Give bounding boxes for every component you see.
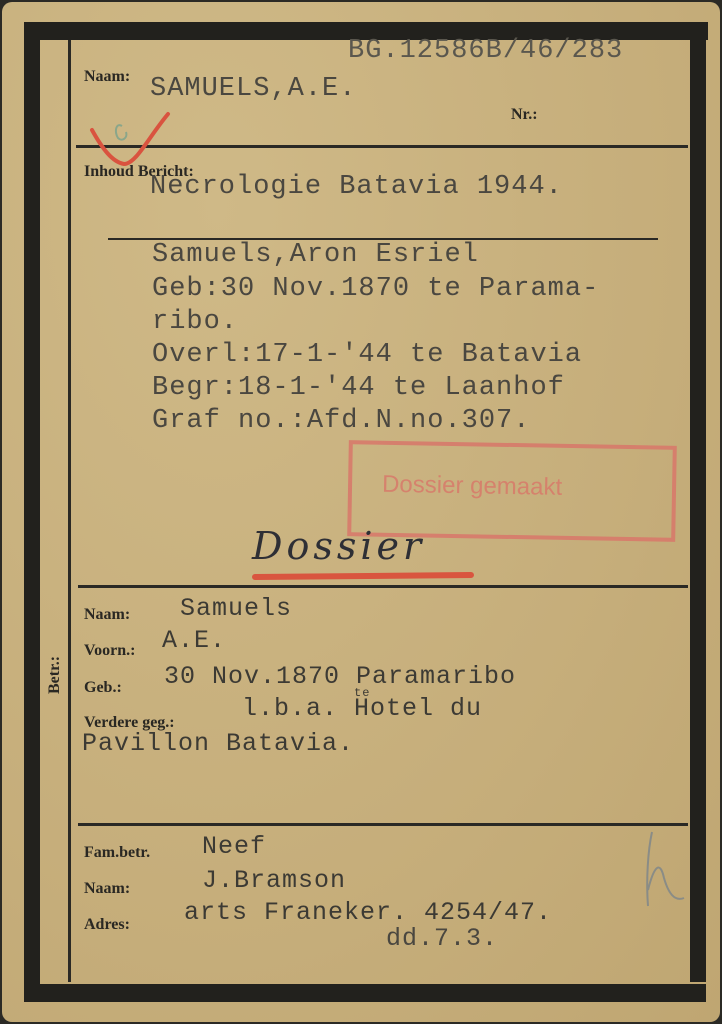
fam-value: Neef — [202, 832, 266, 861]
geb-label: Geb.: — [84, 679, 122, 697]
stamp-text: Dossier gemaakt — [382, 471, 563, 502]
content-line-3: ribo. — [152, 307, 238, 337]
verdere-line-2: Pavillon Batavia. — [82, 729, 354, 758]
adres-label: Adres: — [84, 916, 130, 934]
frame-left — [24, 22, 40, 1002]
rule-betreft — [78, 585, 688, 588]
voorn-label: Voorn.: — [84, 642, 135, 660]
content-line-6: Graf no.:Afd.N.no.307. — [152, 406, 530, 436]
reference-number: BG.12586B/46/283 — [348, 36, 623, 66]
name-label: Naam: — [84, 68, 130, 86]
voorn-value: A.E. — [162, 626, 226, 655]
betreft-name-value: Samuels — [180, 594, 292, 623]
family-name-value: J.Bramson — [202, 866, 346, 895]
content-line-1: Samuels,Aron Esriel — [152, 240, 479, 270]
fam-label: Fam.betr. — [84, 844, 150, 862]
betreft-name-label: Naam: — [84, 606, 130, 624]
archive-index-card: BG.12586B/46/283 Naam: SAMUELS,A.E. Nr.:… — [2, 2, 720, 1022]
geb-value: 30 Nov.1870 Paramaribo — [164, 662, 516, 691]
adres-line-2: dd.7.3. — [386, 924, 498, 953]
frame-bottom — [24, 984, 706, 1002]
name-value: SAMUELS,A.E. — [150, 74, 356, 104]
nr-label: Nr.: — [511, 106, 538, 124]
verdere-line-1: l.b.a. Hotel du — [242, 694, 482, 723]
frame-right — [690, 40, 706, 982]
rule-family — [78, 823, 688, 826]
content-title: Necrologie Batavia 1944. — [150, 172, 563, 202]
family-name-label: Naam: — [84, 880, 130, 898]
handwritten-dossier: Dossier — [252, 524, 425, 568]
red-underline — [252, 572, 474, 580]
inner-vertical-rule — [68, 40, 71, 982]
content-line-4: Overl:17-1-'44 te Batavia — [152, 340, 582, 370]
betreft-side-label: Betr.: — [46, 656, 64, 694]
content-line-5: Begr:18-1-'44 te Laanhof — [152, 373, 565, 403]
content-line-2: Geb:30 Nov.1870 te Parama- — [152, 274, 599, 304]
adres-value: arts Franeker. 4254/47. — [184, 898, 552, 927]
handwritten-h-mark-icon — [638, 830, 688, 910]
